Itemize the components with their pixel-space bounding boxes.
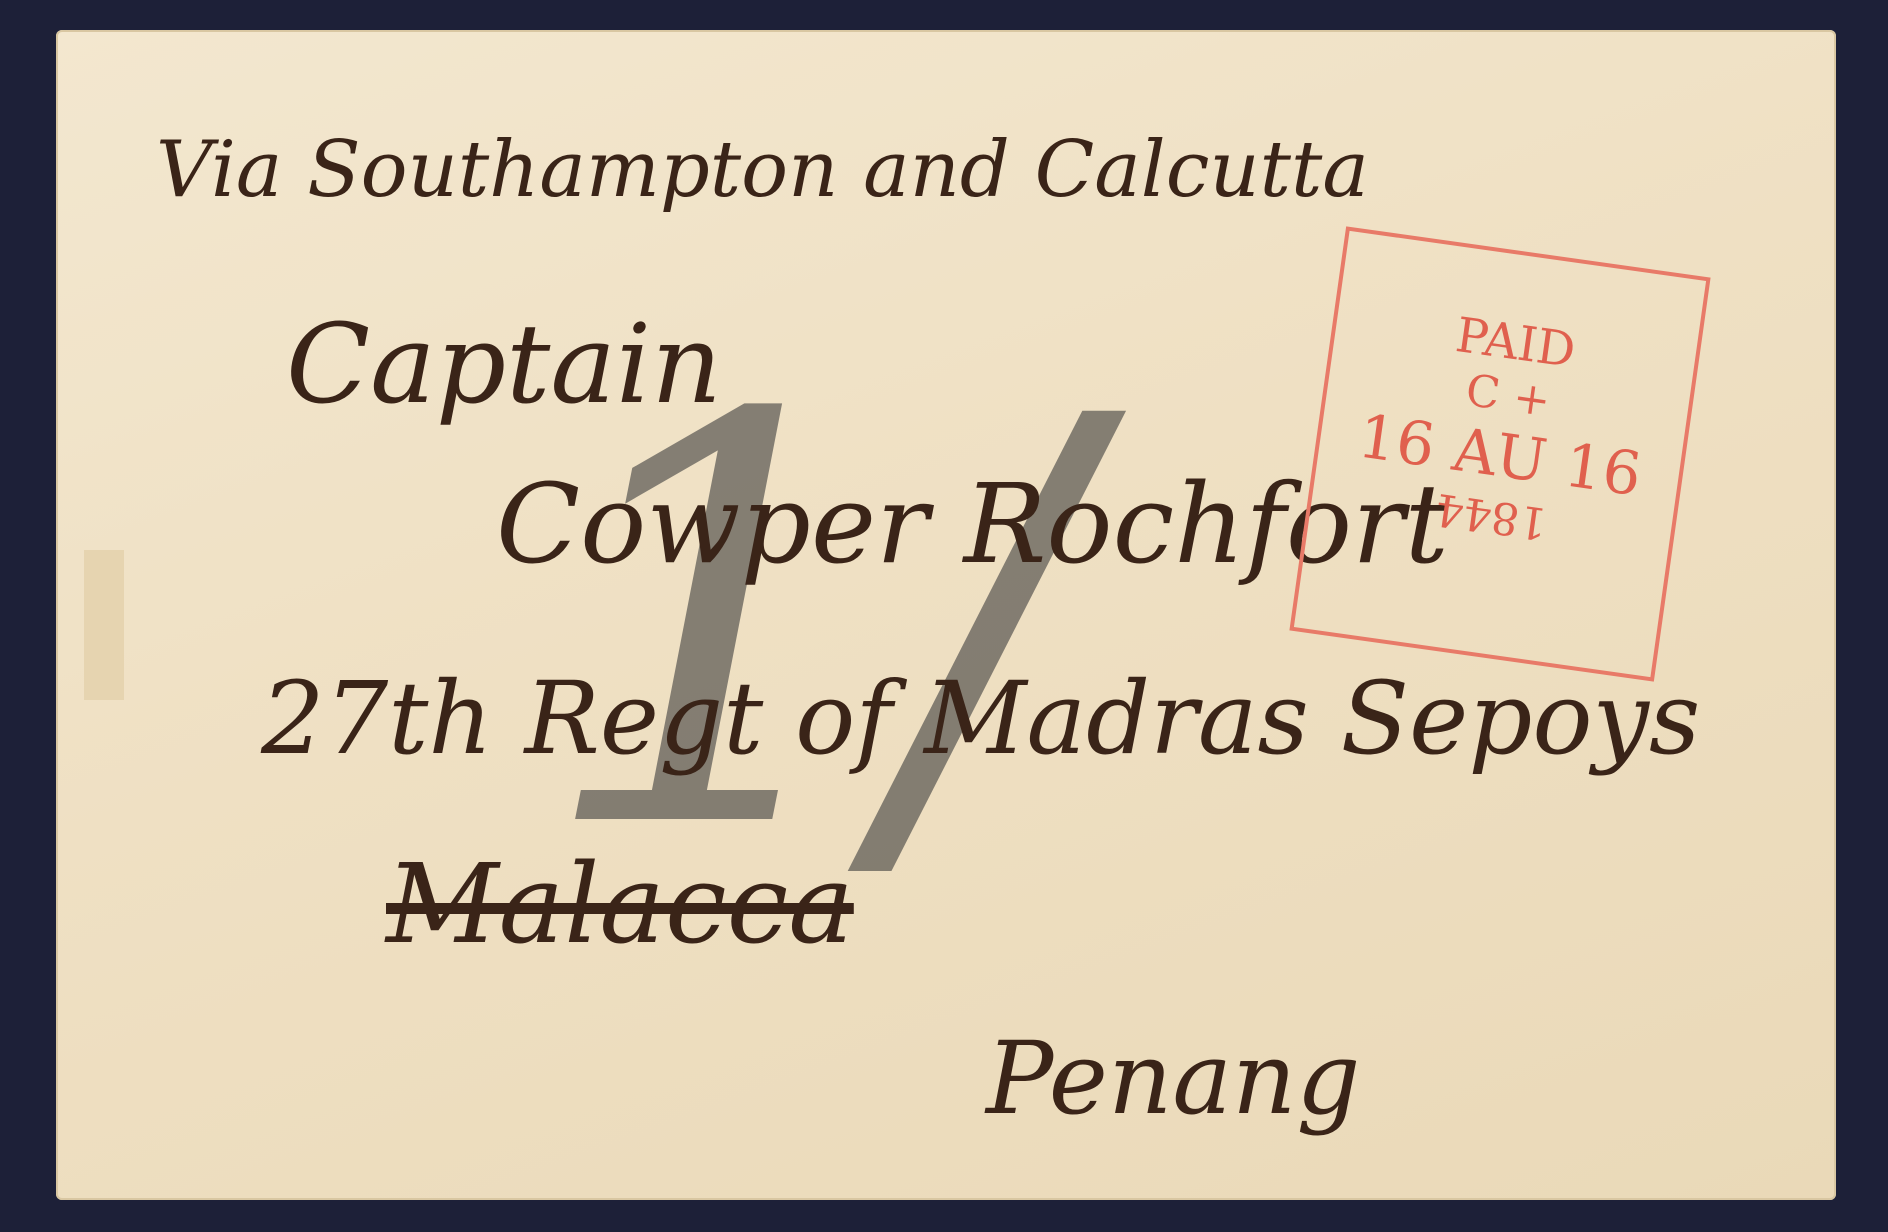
address-line-3: 27th Regt of Madras Sepoys [261, 660, 1700, 777]
envelope-fold [84, 550, 124, 700]
paid-postmark: PAID C + 16 AU 16 1844 [1289, 226, 1710, 681]
letter-cover: 1/ Via Southampton and Calcutta Captain … [56, 30, 1836, 1200]
route-line: Via Southampton and Calcutta [156, 125, 1369, 215]
address-line-4-crossed: Malacca [386, 840, 854, 968]
address-line-1: Captain [286, 300, 722, 428]
address-line-5: Penang [986, 1020, 1360, 1137]
